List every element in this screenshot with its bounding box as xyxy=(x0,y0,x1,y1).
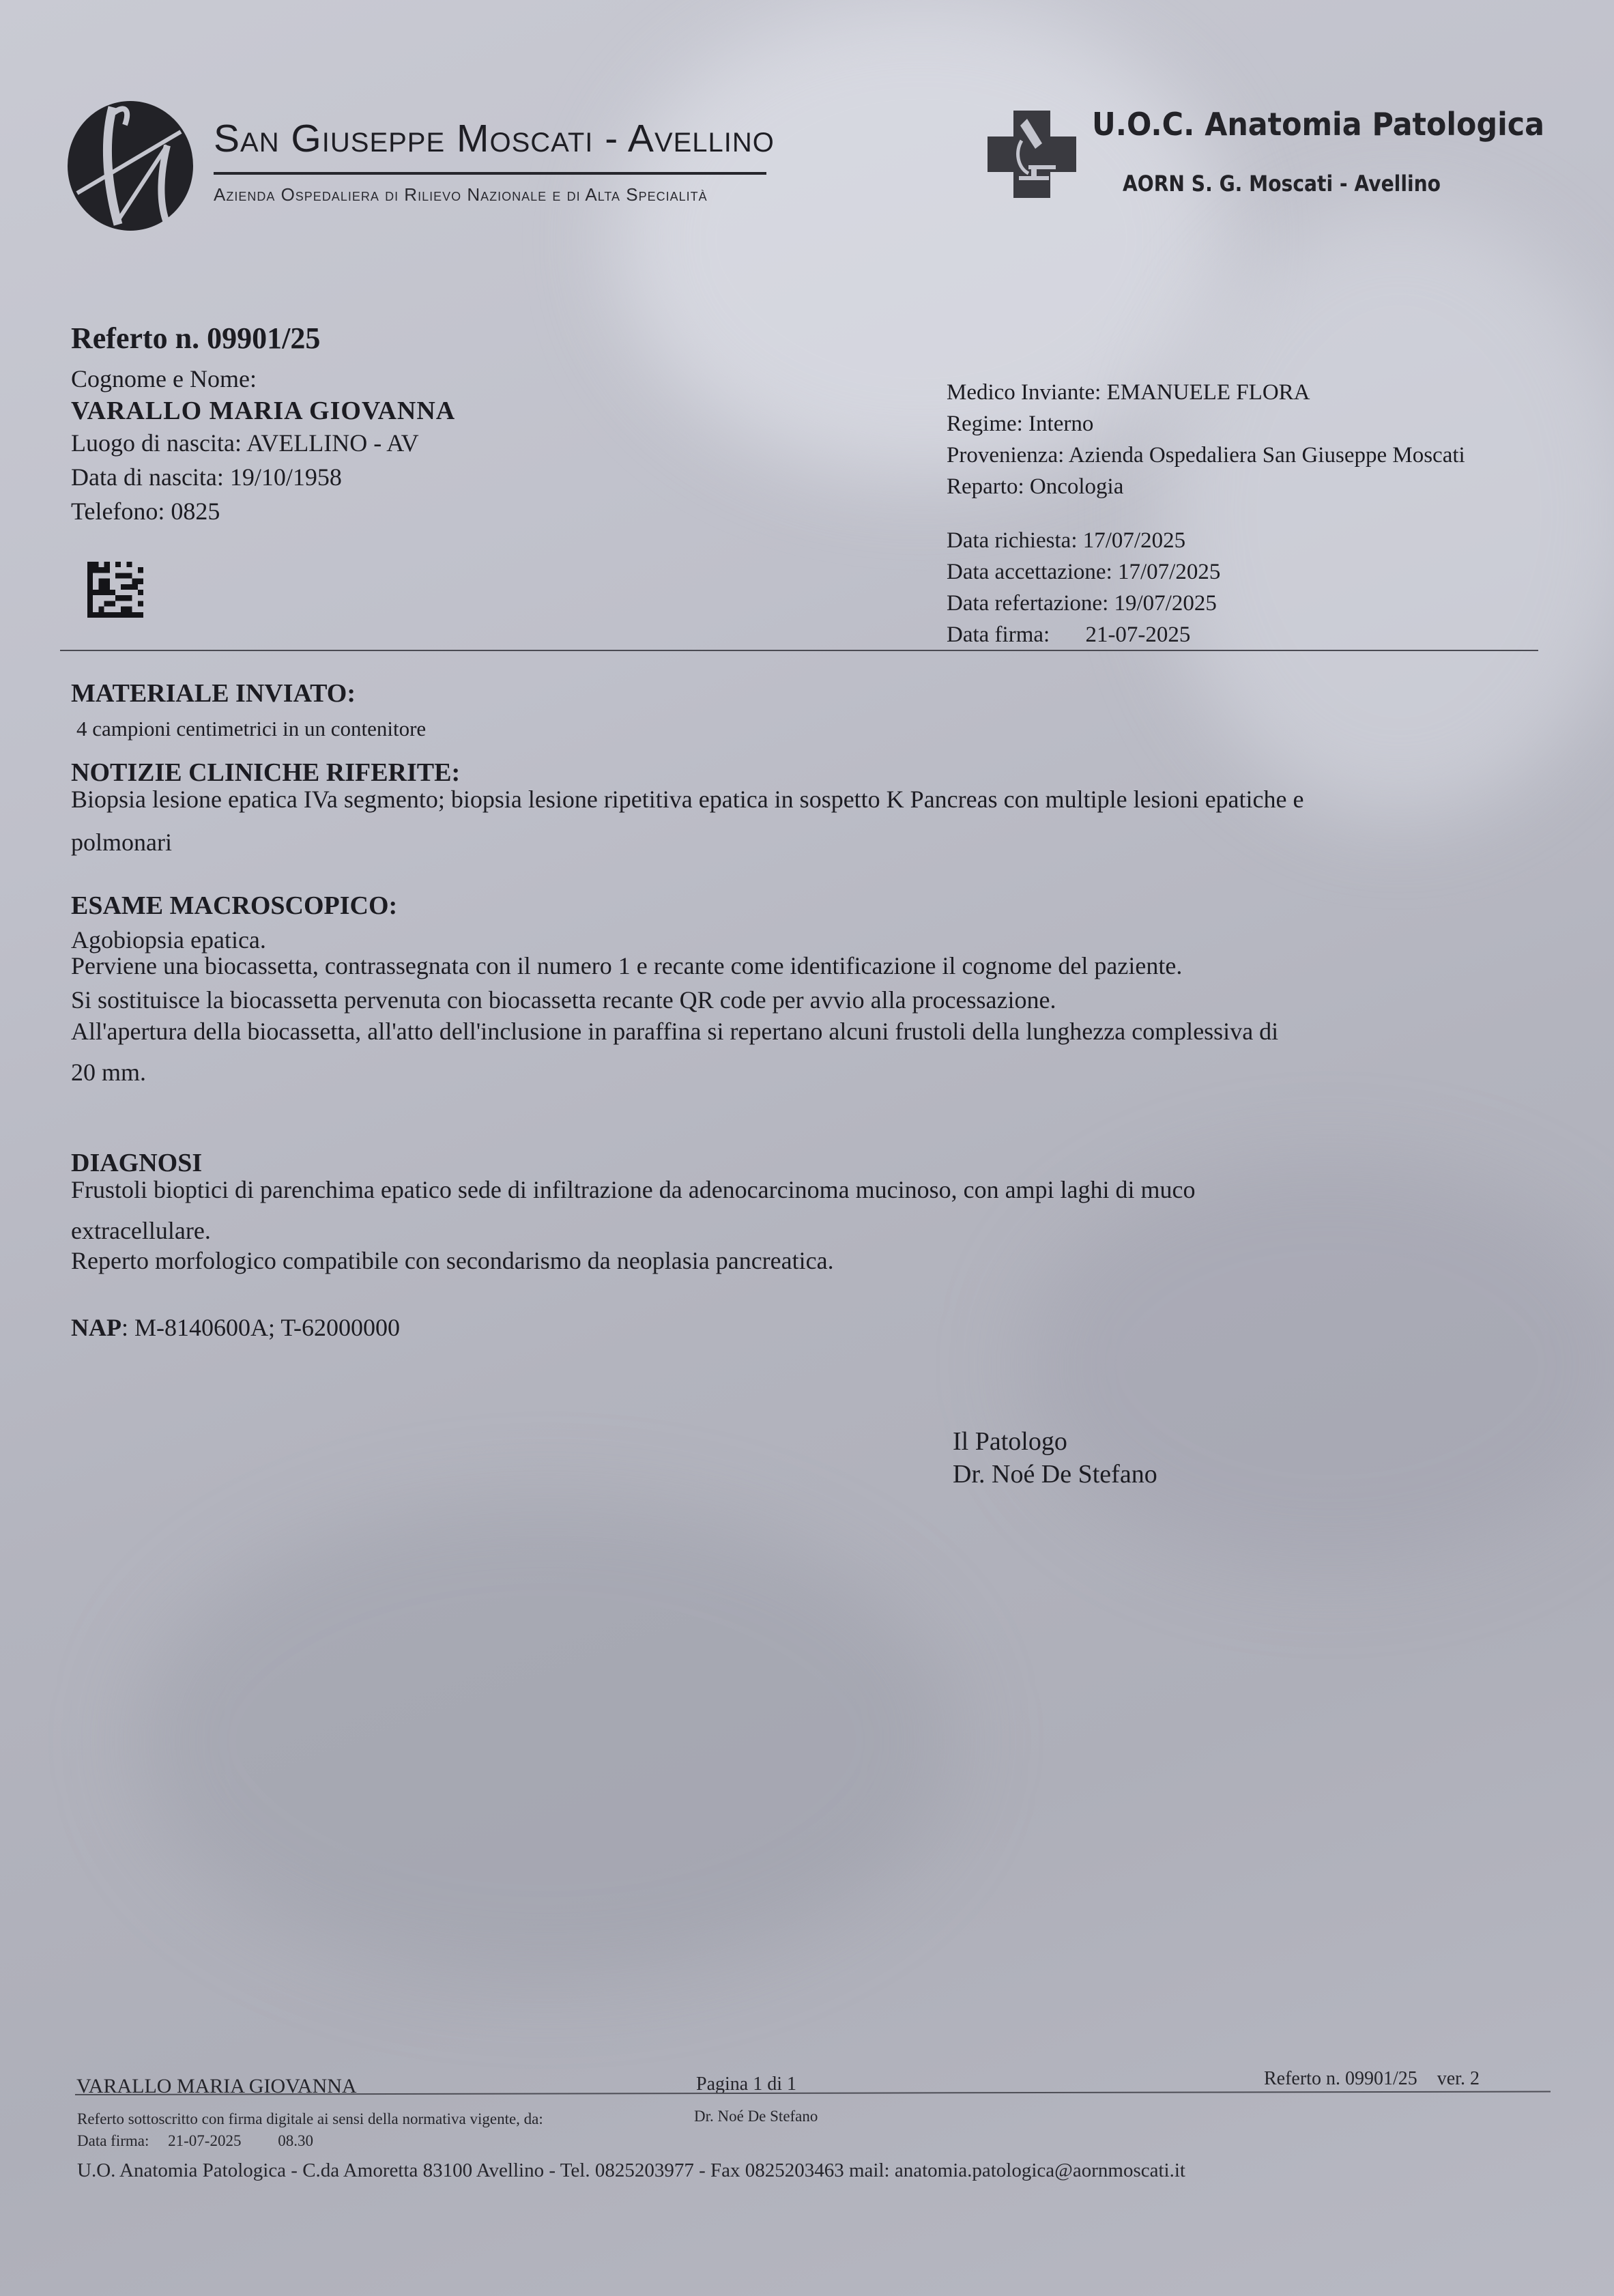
paper-shadow xyxy=(136,1502,955,1979)
birthplace: Luogo di nascita: AVELLINO - AV xyxy=(71,429,419,457)
date-signed: Data firma: 21-07-2025 xyxy=(947,622,1190,648)
signature-role: Il Patologo xyxy=(953,1426,1067,1456)
nap-label: NAP xyxy=(71,1314,121,1341)
footer-sign-date: Data firma: 21-07-2025 08.30 xyxy=(77,2132,313,2150)
materiale-heading: MATERIALE INVIATO: xyxy=(71,678,356,708)
report-number: Referto n. 09901/25 xyxy=(71,321,320,356)
provenienza: Provenienza: Azienda Ospedaliera San Giu… xyxy=(947,443,1465,468)
diagnosi-line: Reperto morfologico compatibile con seco… xyxy=(71,1246,834,1275)
footer-version: ver. 2 xyxy=(1437,2068,1480,2089)
date-accepted: Data accettazione: 17/07/2025 xyxy=(947,560,1220,585)
date-signed-label: Data firma: xyxy=(947,622,1050,647)
hospital-subtitle: Azienda Ospedaliera di Rilievo Nazionale… xyxy=(214,184,708,205)
hospital-name: San Giuseppe Moscati - Avellino xyxy=(214,116,775,161)
regime: Regime: Interno xyxy=(947,412,1093,437)
datamatrix-code-icon xyxy=(87,562,143,618)
diagnosi-line: extracellulare. xyxy=(71,1216,211,1245)
paper-highlight xyxy=(614,0,1228,478)
footer-report-number: Referto n. 09901/25 xyxy=(1264,2068,1417,2089)
nap-code: NAP: M-8140600A; T-62000000 xyxy=(71,1313,400,1342)
section-divider xyxy=(60,650,1538,651)
referring-doctor: Medico Inviante: EMANUELE FLORA xyxy=(947,380,1310,405)
date-reported: Data refertazione: 19/07/2025 xyxy=(947,591,1217,616)
department-logo xyxy=(988,111,1076,198)
macroscopico-line: Si sostituisce la biocassetta pervenuta … xyxy=(71,986,1056,1014)
department-subtitle: AORN S. G. Moscati - Avellino xyxy=(1123,171,1441,197)
macroscopico-line: Agobiopsia epatica. xyxy=(71,925,266,954)
footer-sign-date-label: Data firma: xyxy=(77,2132,149,2149)
notizie-heading: NOTIZIE CLINICHE RIFERITE: xyxy=(71,758,460,788)
diagnosi-heading: DIAGNOSI xyxy=(71,1148,202,1178)
footer-sign-time: 08.30 xyxy=(278,2132,313,2149)
footer-address: U.O. Anatomia Patologica - C.da Amoretta… xyxy=(77,2159,1185,2182)
hospital-logo xyxy=(65,98,196,233)
macroscopico-line: 20 mm. xyxy=(71,1058,146,1087)
header-divider xyxy=(214,172,766,175)
nap-value: : M-8140600A; T-62000000 xyxy=(121,1314,400,1341)
stylized-m-circle-logo-icon xyxy=(65,98,196,233)
signature-name: Dr. Noé De Stefano xyxy=(953,1459,1157,1489)
paper-highlight xyxy=(1160,205,1614,819)
microscope-cross-icon xyxy=(988,111,1076,198)
macroscopico-heading: ESAME MACROSCOPICO: xyxy=(71,891,397,921)
notizie-line: Biopsia lesione epatica IVa segmento; bi… xyxy=(71,785,1303,814)
patient-name: VARALLO MARIA GIOVANNA xyxy=(71,396,455,426)
phone: Telefono: 0825 xyxy=(71,497,220,526)
department-title: U.O.C. Anatomia Patologica xyxy=(1092,106,1544,143)
materiale-text: 4 campioni centimetrici in un contenitor… xyxy=(76,717,426,741)
notizie-line: polmonari xyxy=(71,828,172,857)
footer-sign-date-value: 21-07-2025 xyxy=(168,2132,241,2149)
footer-signer: Dr. Noé De Stefano xyxy=(694,2108,818,2125)
date-signed-value: 21-07-2025 xyxy=(1085,622,1190,647)
diagnosi-line: Frustoli bioptici di parenchima epatico … xyxy=(71,1175,1196,1204)
birthdate: Data di nascita: 19/10/1958 xyxy=(71,463,342,491)
footer-report-ref: Referto n. 09901/25 ver. 2 xyxy=(1264,2068,1480,2090)
name-label: Cognome e Nome: xyxy=(71,364,257,393)
macroscopico-line: All'apertura della biocassetta, all'atto… xyxy=(71,1017,1278,1046)
footer-signed-text: Referto sottoscritto con firma digitale … xyxy=(77,2110,543,2128)
macroscopico-line: Perviene una biocassetta, contrassegnata… xyxy=(71,951,1182,980)
date-requested: Data richiesta: 17/07/2025 xyxy=(947,528,1185,554)
paper-shadow xyxy=(1024,1160,1614,1570)
reparto: Reparto: Oncologia xyxy=(947,474,1123,500)
